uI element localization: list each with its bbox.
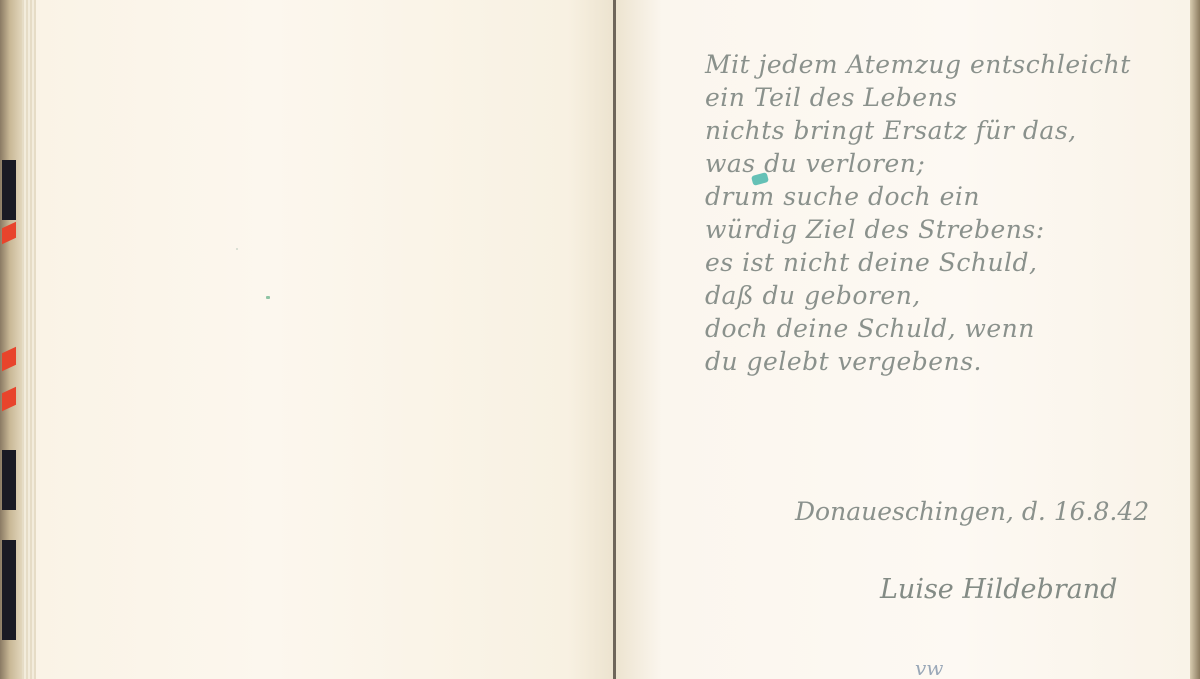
- place-and-date: Donaueschingen, d. 16.8.42: [795, 497, 1149, 526]
- poem-line: drum suche doch ein: [705, 180, 1185, 213]
- ink-speck: [236, 248, 238, 250]
- poem-line: nichts bringt Ersatz für das,: [705, 114, 1185, 147]
- poem-line: daß du geboren,: [705, 279, 1185, 312]
- poem-line: du gelebt vergebens.: [705, 345, 1185, 378]
- faint-offset-print: [655, 3, 735, 15]
- open-book: Mit jedem Atemzug entschleicht ein Teil …: [0, 0, 1200, 679]
- poem-line: würdig Ziel des Strebens:: [705, 213, 1185, 246]
- poem-line: es ist nicht deine Schuld,: [705, 246, 1185, 279]
- spine-stripe-red: [2, 387, 16, 412]
- poem-line: was du verloren;: [705, 147, 1185, 180]
- poem-line: ein Teil des Lebens: [705, 81, 1185, 114]
- page-block-edges: [22, 0, 37, 679]
- signature: Luise Hildebrand: [880, 574, 1117, 605]
- pencil-mark: vw: [915, 656, 943, 679]
- spine-stripe-red: [2, 222, 16, 245]
- right-page-edge: [1190, 0, 1200, 679]
- spine-stripe-dark: [2, 540, 16, 640]
- book-spine-edge: [0, 0, 22, 679]
- poem-text: Mit jedem Atemzug entschleicht ein Teil …: [705, 48, 1185, 378]
- spine-stripe-red: [2, 347, 16, 372]
- poem-line: Mit jedem Atemzug entschleicht: [705, 48, 1185, 81]
- left-page: [36, 0, 614, 679]
- poem-line: doch deine Schuld, wenn: [705, 312, 1185, 345]
- spine-stripe-dark: [2, 160, 16, 220]
- spine-stripe-dark: [2, 450, 16, 510]
- ink-speck: [266, 296, 270, 299]
